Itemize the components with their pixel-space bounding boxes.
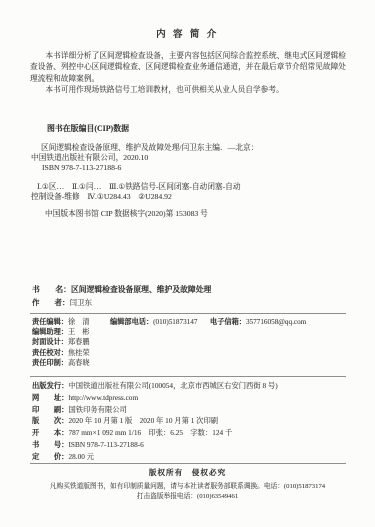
website-label: 网 址： (32, 393, 68, 402)
assistant-editor-label: 编辑助理： (32, 328, 68, 336)
email-label: 电子信箱： (210, 318, 246, 326)
book-author-label: 作 者： (32, 298, 70, 307)
price-label: 定 价： (32, 452, 68, 461)
dept-phone-value: (010)51873147 (153, 318, 197, 326)
print-supervisor-label: 责任印制： (32, 359, 68, 367)
book-title-value: 区间逻辑检查设备原理、维护及故障处理 (71, 285, 211, 294)
dept-phone-label: 编辑部电话： (110, 318, 153, 326)
intro-paragraph-1: 本书详细分析了区间逻辑检查设备，主要内容包括区间综合监控系统、继电式区间逻辑检查… (30, 50, 346, 84)
proofreader-row: 责任校对：焦桂荣 (32, 348, 355, 358)
dept-phone-cell: 编辑部电话：(010)51873147 (110, 317, 197, 327)
cip-record-number: 中国版本图书馆 CIP 数据核字(2020)第 153083 号 (45, 208, 208, 219)
book-title-label: 书 名： (32, 285, 71, 294)
isbn-row: 书 号：ISBN 978-7-113-27188-6 (32, 439, 365, 451)
assistant-editor-row: 编辑助理：王 彬 (32, 327, 355, 337)
website-value: http://www.tdpress.com (68, 393, 138, 402)
editor-label: 责任编辑： (32, 318, 68, 326)
printer-value: 国铁印务有限公司 (68, 405, 126, 414)
isbn-label: 书 号： (32, 440, 68, 449)
publisher-row: 出版发行：中国铁道出版社有限公司(100054，北京市西城区右安门西街 8 号) (32, 380, 365, 392)
intro-section: 本书详细分析了区间逻辑检查设备，主要内容包括区间综合监控系统、继电式区间逻辑检查… (30, 50, 346, 96)
cover-design-label: 封面设计： (32, 338, 68, 346)
cover-design-row: 封面设计：郑春鹏 (32, 337, 355, 347)
intro-paragraph-2: 本书可用作现场铁路信号工培训教材，也可供相关从业人员自学参考。 (30, 84, 346, 95)
format-label: 开 本： (32, 428, 68, 437)
price-value: 28.00 元 (68, 452, 94, 461)
book-title-row: 书 名：区间逻辑检查设备原理、维护及故障处理 (32, 284, 211, 295)
staff-section: 责任编辑：徐 清 编辑部电话：(010)51873147 电子信箱：357716… (32, 317, 355, 368)
divider-1 (30, 313, 346, 314)
edition-row: 版 次：2020 年 10 月第 1 版 2020 年 10 月第 1 次印刷 (32, 415, 365, 427)
print-supervisor-name: 高春晓 (68, 359, 90, 367)
proofreader-name: 焦桂荣 (68, 349, 90, 357)
cover-design-name: 郑春鹏 (68, 338, 90, 346)
proofreader-label: 责任校对： (32, 349, 68, 357)
book-author-row: 作 者：闫卫东 (32, 297, 92, 308)
intro-title: 内 容 简 介 (0, 26, 375, 40)
format-row: 开 本：787 mm×1 092 mm 1/16 印张：6.25 字数：124 … (32, 427, 365, 439)
website-row: 网 址：http://www.tdpress.com (32, 392, 365, 404)
edition-value: 2020 年 10 月第 1 版 2020 年 10 月第 1 次印刷 (68, 416, 218, 425)
edition-label: 版 次： (32, 416, 68, 425)
book-author-value: 闫卫东 (70, 298, 93, 307)
cip-description-line-2: 中国铁道出版社有限公司，2020.10 (31, 152, 148, 163)
editor-row: 责任编辑：徐 清 编辑部电话：(010)51873147 电子信箱：357716… (32, 317, 355, 327)
editor-name: 徐 清 (68, 318, 90, 326)
print-supervisor-row: 责任印制：高春晓 (32, 358, 355, 368)
cip-isbn: ISBN 978-7-113-27188-6 (42, 163, 121, 172)
divider-3 (30, 463, 346, 464)
copyright-page: 内 容 简 介 本书详细分析了区间逻辑检查设备，主要内容包括区间综合监控系统、继… (0, 0, 375, 527)
printer-row: 印 刷：国铁印务有限公司 (32, 404, 365, 416)
cip-classification-line-2: 控制设备-维修 Ⅳ.①U284.43 ②U284.92 (31, 191, 172, 202)
printer-label: 印 刷： (32, 405, 68, 414)
cip-heading: 图书在版编目(CIP)数据 (47, 123, 129, 134)
footer-service-line: 凡购买铁道版图书，如有印制质量问题，请与本社读者服务部联系调换。电话：(010)… (0, 480, 375, 490)
divider-2 (30, 376, 346, 377)
email-value: 357716058@qq.com (246, 318, 306, 326)
price-row: 定 价：28.00 元 (32, 451, 365, 463)
publication-section: 出版发行：中国铁道出版社有限公司(100054，北京市西城区右安门西街 8 号)… (32, 380, 365, 463)
footer-piracy-hotline: 打击盗版举报电话：(010)63549461 (0, 490, 375, 500)
assistant-editor-name: 王 彬 (68, 328, 90, 336)
email-cell: 电子信箱：357716058@qq.com (210, 317, 306, 327)
publisher-value: 中国铁道出版社有限公司(100054，北京市西城区右安门西街 8 号) (68, 381, 277, 390)
format-value: 787 mm×1 092 mm 1/16 印张：6.25 字数：124 千 (68, 428, 232, 437)
publisher-label: 出版发行： (32, 381, 68, 390)
copyright-notice: 版权所有 侵权必究 (0, 467, 375, 478)
isbn-value: ISBN 978-7-113-27188-6 (68, 440, 143, 449)
